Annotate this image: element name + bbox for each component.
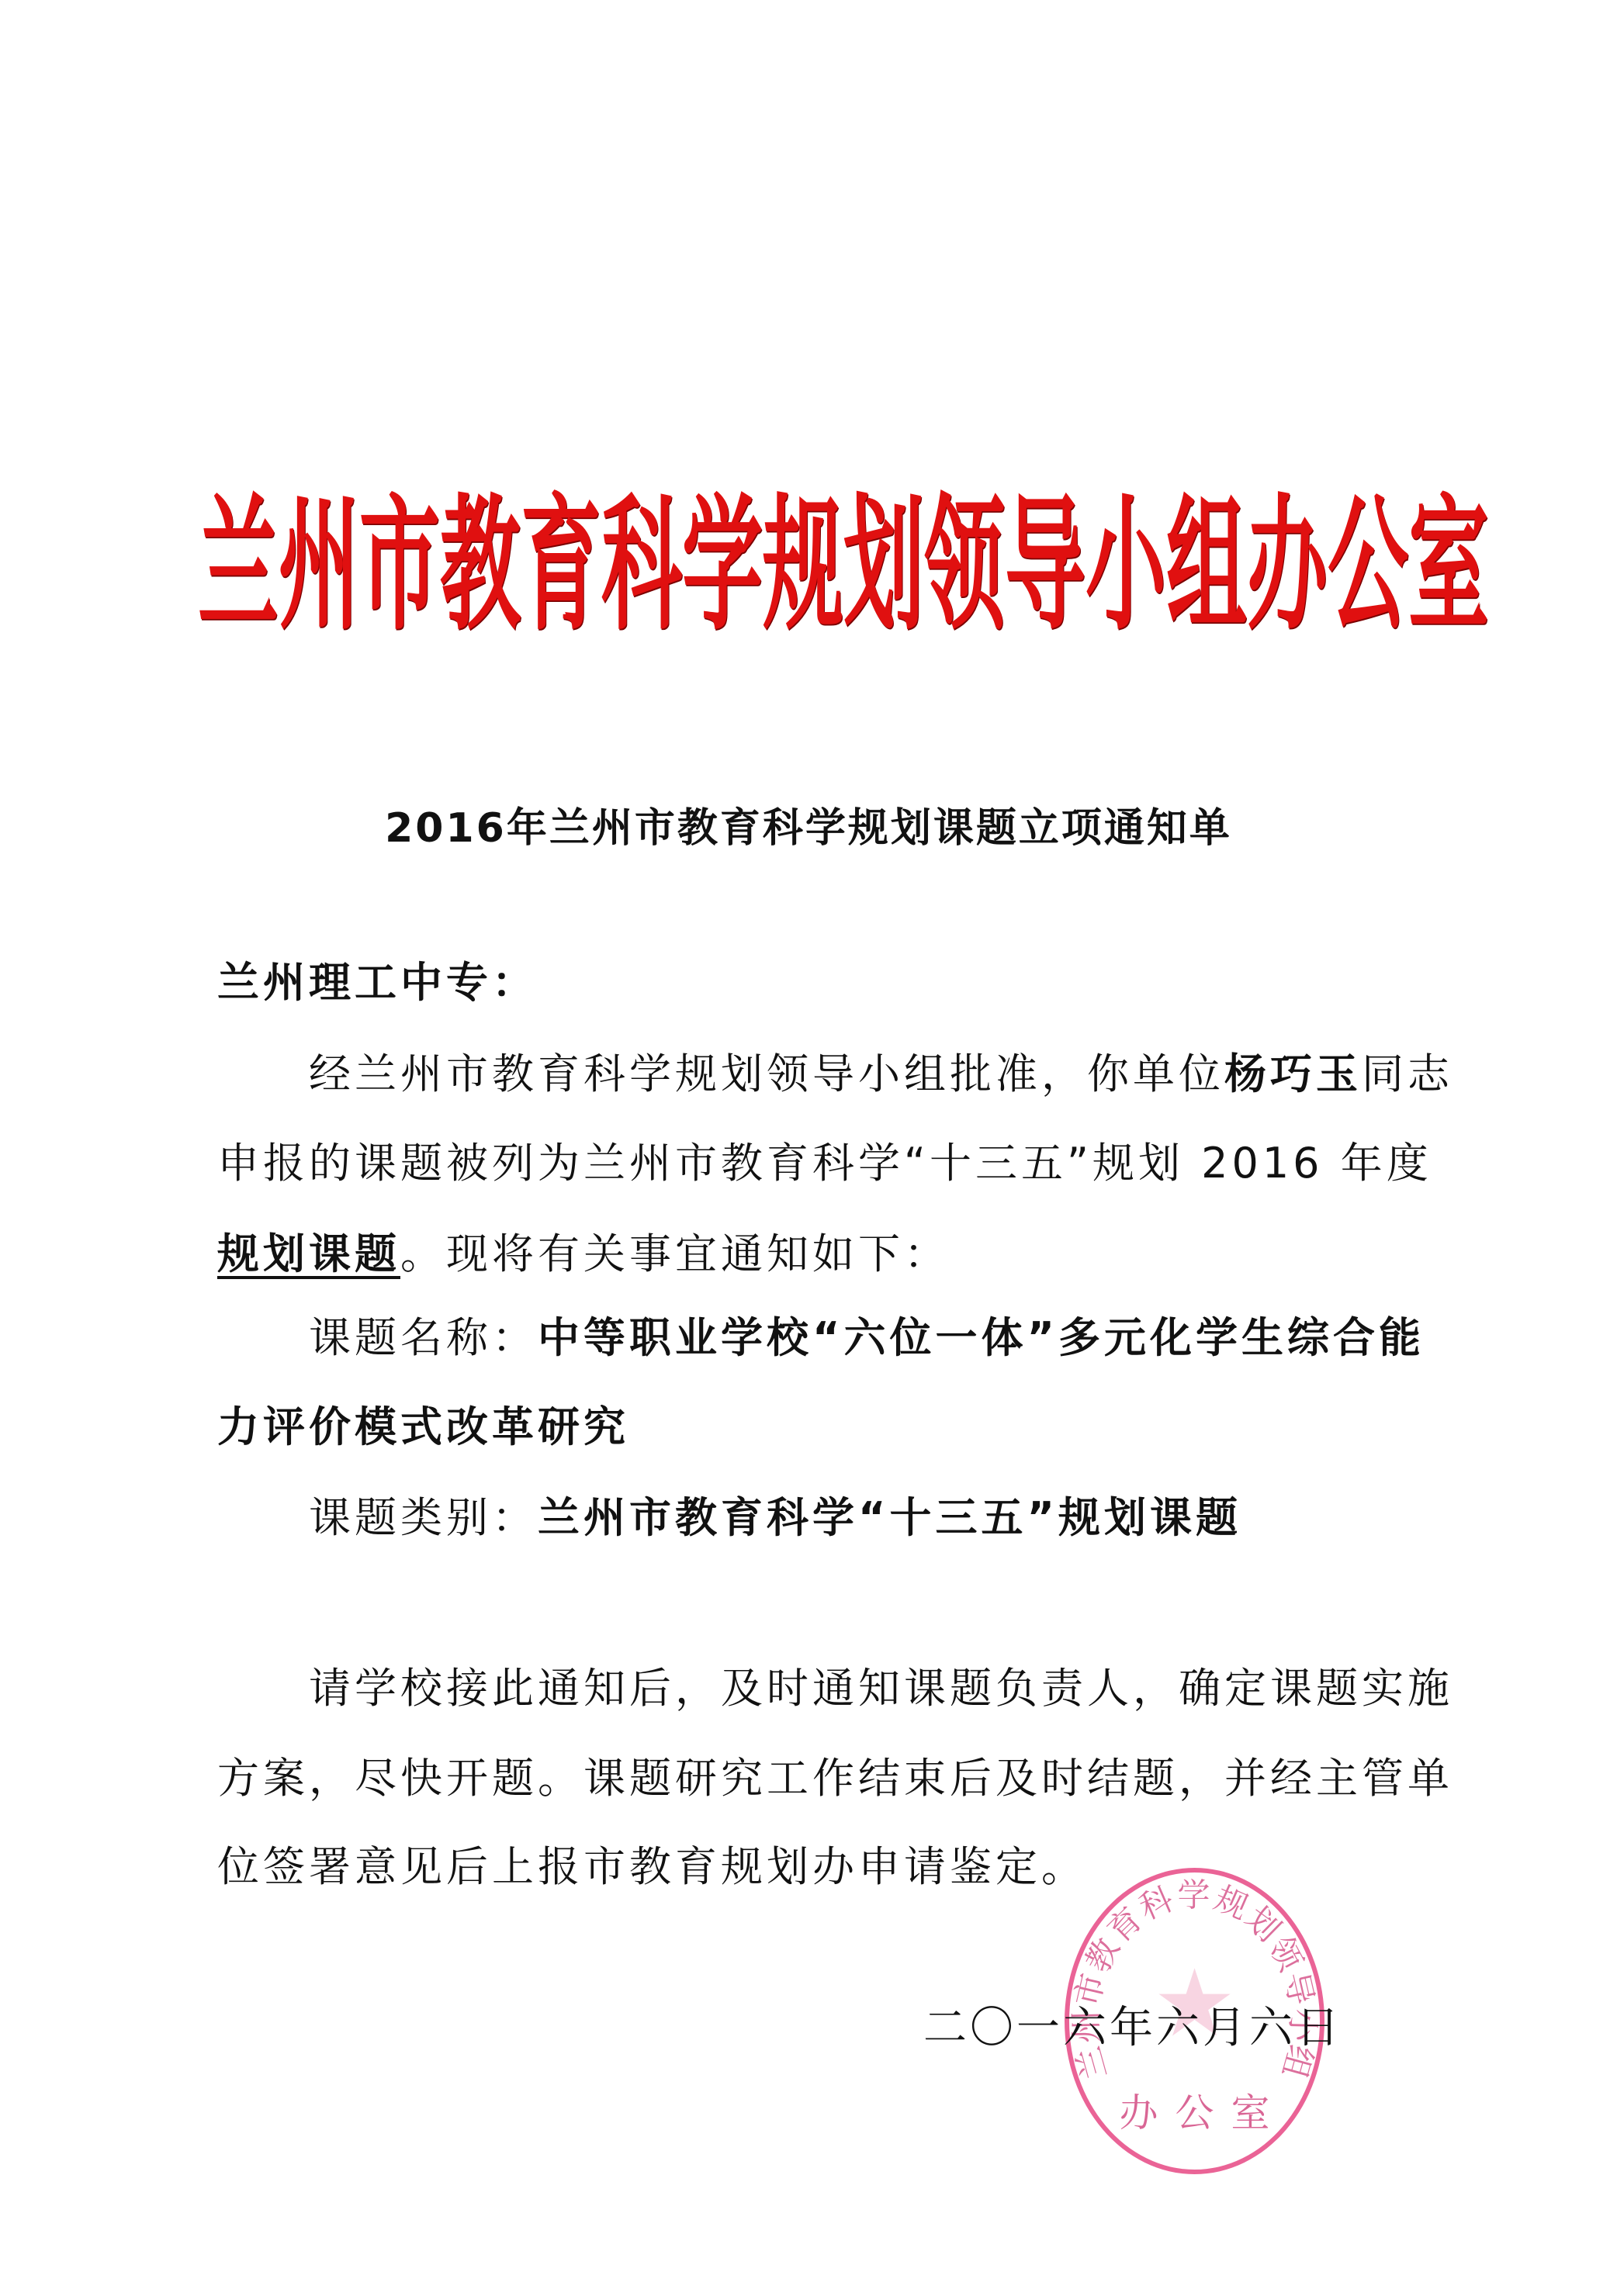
notice-title: 2016年兰州市教育科学规划课题立项通知单 [0,800,1617,856]
letterhead: 兰 州 市 教 育 科 学 规 划 领 导 小 组 办 公 室 [198,475,1432,638]
letterhead-char: 学 [682,493,763,638]
para1-line3-rest: 。现将有关事宜通知如下： [400,1229,950,1278]
para2-line3: 位签署意见后上报市教育规划办申请鉴定。 [217,1840,1087,1894]
para2-line2: 方案，尽快开题。课题研究工作结束后及时结题，并经主管单 [217,1751,1408,1806]
topic-category: 课题类别：兰州市教育科学“十三五”规划课题 [309,1491,1241,1545]
topic-name-line2: 力评价模式改革研究 [217,1400,629,1454]
para1-line1-suffix: 同志 [1362,1049,1453,1098]
letterhead-char: 育 [521,493,601,638]
para1-line1: 经兰州市教育科学规划领导小组批准，你单位 杨巧玉同志 [309,1047,1408,1101]
letterhead-char: 室 [1408,493,1489,638]
addressee: 兰州理工中专： [217,956,538,1010]
project-level: 规划课题 [217,1229,400,1278]
letterhead-char: 规 [763,493,843,638]
letterhead-char: 划 [843,493,924,638]
para2-line1: 请学校接此通知后，及时通知课题负责人，确定课题实施 [309,1661,1408,1716]
para1-line2: 申报的课题被列为兰州市教育科学“十三五”规划 2016 年度 [217,1136,1408,1191]
letterhead-char: 公 [1328,493,1408,638]
topic-category-value: 兰州市教育科学“十三五”规划课题 [538,1493,1241,1542]
letterhead-char: 教 [440,493,521,638]
letterhead-char: 市 [359,493,440,638]
seal-bottom-text: 办公室 [1069,2082,1320,2138]
letterhead-char: 组 [1166,493,1247,638]
letterhead-char: 小 [1086,493,1166,638]
topic-name-line1: 课题名称： 中等职业学校“六位一体”多元化学生综合能 [309,1311,1408,1365]
letterhead-char: 导 [1005,493,1086,638]
topic-category-label: 课题类别： [309,1493,538,1542]
issue-date: 二〇一六年六月六日 [923,2001,1342,2056]
letterhead-char: 领 [924,493,1005,638]
letterhead-char: 州 [279,493,359,638]
topic-name-value: 中等职业学校“六位一体”多元化学生综合能 [538,1311,1425,1365]
para1-line1-prefix: 经兰州市教育科学规划领导小组批准，你单位 [309,1047,1224,1101]
applicant-name: 杨巧玉 [1224,1049,1362,1098]
letterhead-char: 办 [1247,493,1328,638]
letterhead-char: 科 [601,493,682,638]
letterhead-char: 兰 [198,493,279,638]
topic-name-label: 课题名称： [309,1311,538,1365]
notice-document: 兰 州 市 教 育 科 学 规 划 领 导 小 组 办 公 室 2016年兰州市… [0,0,1617,2296]
para1-line3: 规划课题。现将有关事宜通知如下： [217,1227,950,1281]
